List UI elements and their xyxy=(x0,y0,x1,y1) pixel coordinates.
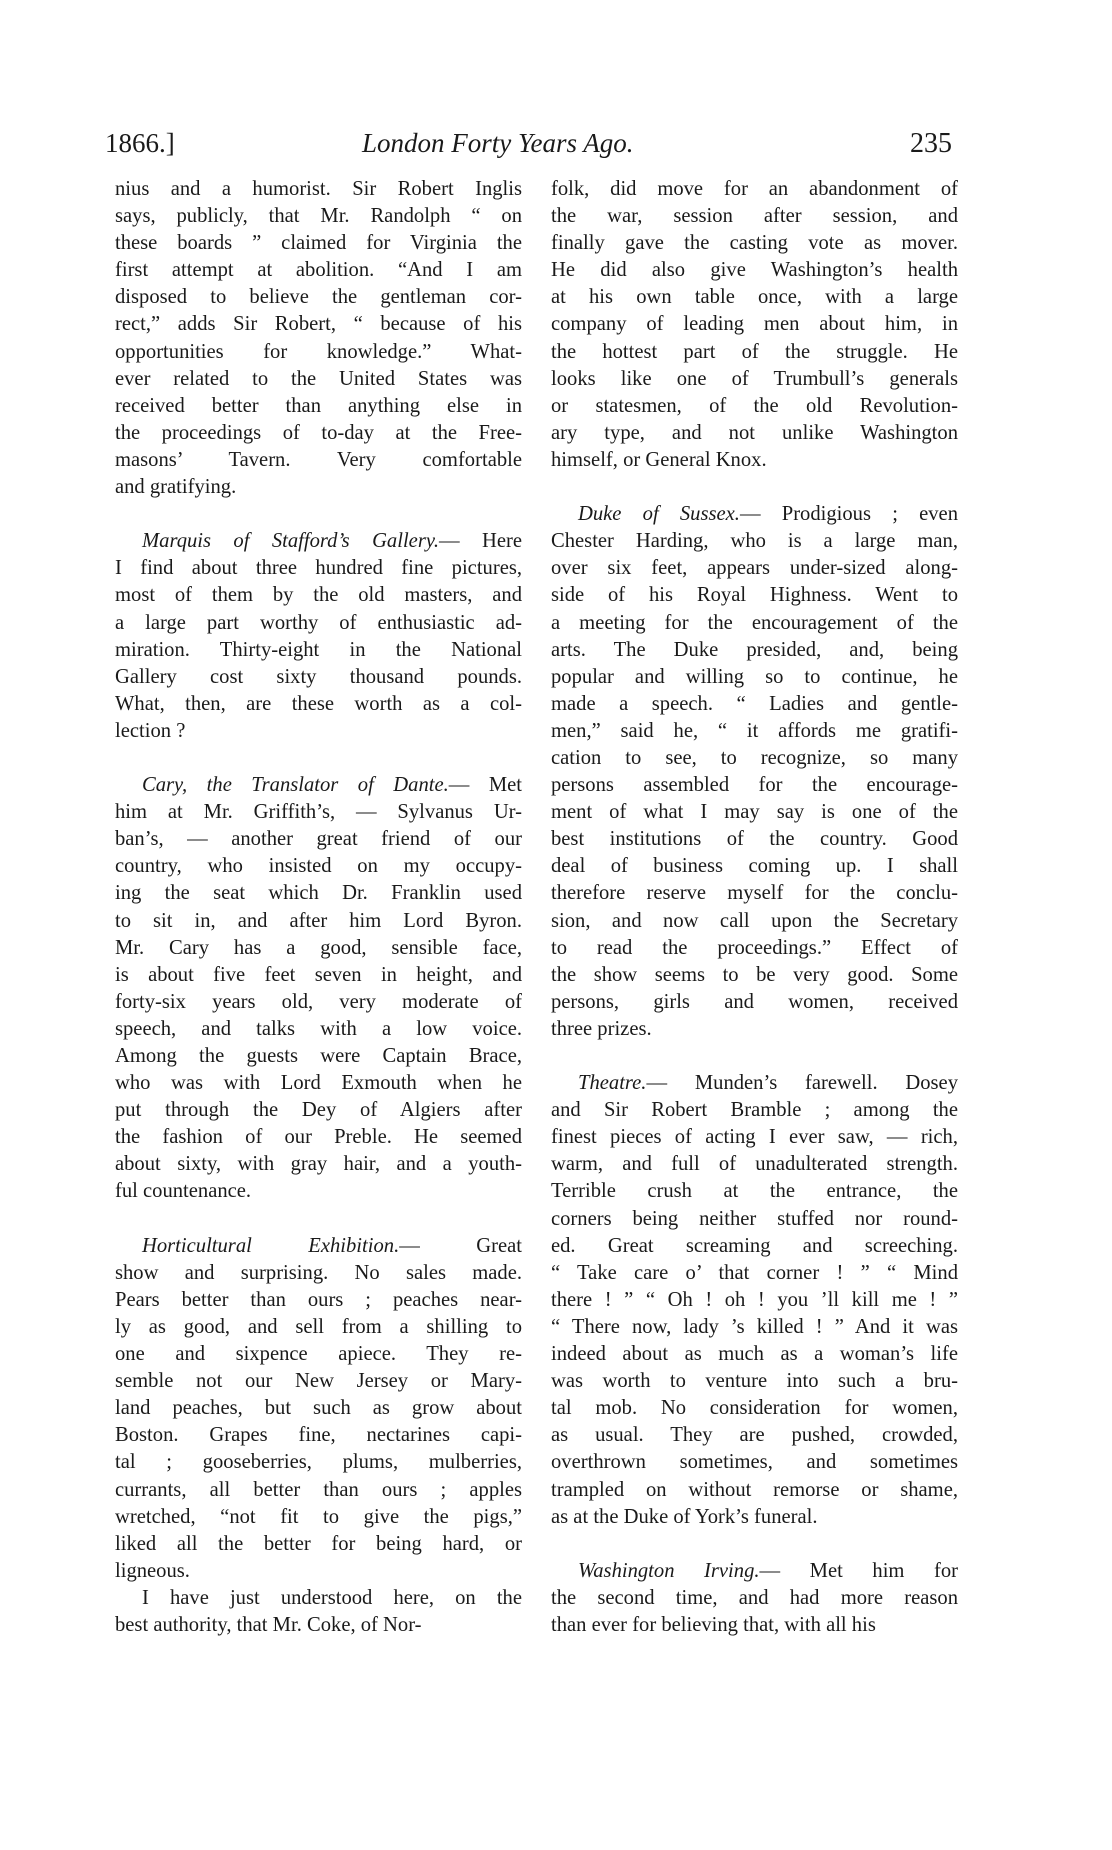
text-line: about sixty, with gray hair, and a youth… xyxy=(115,1151,522,1178)
text-line: there ! ” “ Oh ! oh ! you ’ll kill me ! … xyxy=(551,1287,958,1314)
entry-heading: Washington Irving. xyxy=(578,1560,760,1582)
text-line: ing the seat which Dr. Franklin used xyxy=(115,880,522,907)
text-line: miration. Thirty-eight in the National xyxy=(115,637,522,664)
text-line: lection ? xyxy=(115,718,522,745)
text-line: ligneous. xyxy=(115,1558,522,1585)
text-line: looks like one of Trumbull’s generals xyxy=(551,366,958,393)
text-line: I have just understood here, on the xyxy=(115,1585,522,1612)
text-line: rect,” adds Sir Robert, “ because of his xyxy=(115,311,522,338)
text-line: country, who insisted on my occupy- xyxy=(115,853,522,880)
line-text: — Met xyxy=(449,774,522,796)
text-line: Cary, the Translator of Dante.— Met xyxy=(115,772,522,799)
text-line: over six feet, appears under-sized along… xyxy=(551,555,958,582)
text-line: Theatre.— Munden’s farewell. Dosey xyxy=(551,1070,958,1097)
line-text: — Prodigious ; even xyxy=(740,503,958,525)
text-line: him at Mr. Griffith’s, — Sylvanus Ur- xyxy=(115,799,522,826)
text-line: received better than anything else in xyxy=(115,393,522,420)
text-line: tal ; gooseberries, plums, mulberries, xyxy=(115,1449,522,1476)
text-line: and Sir Robert Bramble ; among the xyxy=(551,1097,958,1124)
line-text: — Great xyxy=(399,1235,522,1257)
text-line: ly as good, and sell from a shilling to xyxy=(115,1314,522,1341)
text-line: Horticultural Exhibition.— Great xyxy=(115,1233,522,1260)
text-line: trampled on without remorse or shame, xyxy=(551,1477,958,1504)
text-line: to read the proceedings.” Effect of xyxy=(551,935,958,962)
text-line: currants, all better than ours ; apples xyxy=(115,1477,522,1504)
text-line: deal of business coming up. I shall xyxy=(551,853,958,880)
text-line: cation to see, to recognize, so many xyxy=(551,745,958,772)
text-line: than ever for believing that, with all h… xyxy=(551,1612,958,1639)
text-line: to sit in, and after him Lord Byron. xyxy=(115,908,522,935)
text-line: Gallery cost sixty thousand pounds. xyxy=(115,664,522,691)
entry-paragraph: Duke of Sussex.— Prodigious ; evenCheste… xyxy=(551,501,958,1043)
text-line: corners being neither stuffed nor round- xyxy=(551,1206,958,1233)
text-line: the second time, and had more reason xyxy=(551,1585,958,1612)
text-line: is about five feet seven in height, and xyxy=(115,962,522,989)
entry-paragraph: Marquis of Stafford’s Gallery.— HereI fi… xyxy=(115,528,522,745)
text-line: persons, girls and women, received xyxy=(551,989,958,1016)
line-text: — Met him for xyxy=(760,1560,958,1582)
entry-heading: Marquis of Stafford’s Gallery. xyxy=(142,530,439,552)
text-line: ary type, and not unlike Washington xyxy=(551,420,958,447)
text-line: masons’ Tavern. Very comfortable xyxy=(115,447,522,474)
text-line: at his own table once, with a large xyxy=(551,284,958,311)
text-line: best authority, that Mr. Coke, of Nor- xyxy=(115,1612,522,1639)
text-line: most of them by the old masters, and xyxy=(115,582,522,609)
text-line: Duke of Sussex.— Prodigious ; even xyxy=(551,501,958,528)
text-line: overthrown sometimes, and sometimes xyxy=(551,1449,958,1476)
text-line: finally gave the casting vote as mover. xyxy=(551,230,958,257)
text-line: I find about three hundred fine pictures… xyxy=(115,555,522,582)
text-line: as usual. They are pushed, crowded, xyxy=(551,1422,958,1449)
text-line: a meeting for the encouragement of the xyxy=(551,610,958,637)
text-line: land peaches, but such as grow about xyxy=(115,1395,522,1422)
running-head: 1866.] London Forty Years Ago. 235 xyxy=(105,128,958,162)
text-line: Terrible crush at the entrance, the xyxy=(551,1178,958,1205)
body-paragraph: folk, did move for an abandonment ofthe … xyxy=(551,176,958,474)
text-line: semble not our New Jersey or Mary- xyxy=(115,1368,522,1395)
text-line: first attempt at abolition. “And I am xyxy=(115,257,522,284)
text-line: men,” said he, “ it affords me gratifi- xyxy=(551,718,958,745)
text-line: forty-six years old, very moderate of xyxy=(115,989,522,1016)
text-line: What, then, are these worth as a col- xyxy=(115,691,522,718)
text-line: or statesmen, of the old Revolution- xyxy=(551,393,958,420)
text-line: was worth to venture into such a bru- xyxy=(551,1368,958,1395)
text-line: and gratifying. xyxy=(115,474,522,501)
column-right: folk, did move for an abandonment ofthe … xyxy=(551,176,958,1639)
text-line: ed. Great screaming and screeching. xyxy=(551,1233,958,1260)
text-line: Washington Irving.— Met him for xyxy=(551,1558,958,1585)
text-line: made a speech. “ Ladies and gentle- xyxy=(551,691,958,718)
entry-paragraph: Washington Irving.— Met him forthe secon… xyxy=(551,1558,958,1639)
entry-paragraph: Cary, the Translator of Dante.— Methim a… xyxy=(115,772,522,1206)
text-line: company of leading men about him, in xyxy=(551,311,958,338)
text-line: these boards ” claimed for Virginia the xyxy=(115,230,522,257)
text-line: as at the Duke of York’s funeral. xyxy=(551,1504,958,1531)
text-line: speech, and talks with a low voice. xyxy=(115,1016,522,1043)
running-head-title: London Forty Years Ago. xyxy=(362,128,634,159)
text-line: a large part worthy of enthusiastic ad- xyxy=(115,610,522,637)
text-line: Boston. Grapes fine, nectarines capi- xyxy=(115,1422,522,1449)
text-line: ever related to the United States was xyxy=(115,366,522,393)
text-line: nius and a humorist. Sir Robert Inglis xyxy=(115,176,522,203)
text-line: best institutions of the country. Good xyxy=(551,826,958,853)
text-line: wretched, “not fit to give the pigs,” xyxy=(115,1504,522,1531)
entry-heading: Horticultural Exhibition. xyxy=(142,1235,399,1257)
text-line: “ Take care o’ that corner ! ” “ Mind xyxy=(551,1260,958,1287)
text-line: finest pieces of acting I ever saw, — ri… xyxy=(551,1124,958,1151)
entry-paragraph: Horticultural Exhibition.— Greatshow and… xyxy=(115,1233,522,1585)
entry-paragraph: Theatre.— Munden’s farewell. Doseyand Si… xyxy=(551,1070,958,1531)
running-head-year: 1866.] xyxy=(105,128,175,159)
text-line: Marquis of Stafford’s Gallery.— Here xyxy=(115,528,522,555)
text-line: indeed about as much as a woman’s life xyxy=(551,1341,958,1368)
text-line: side of his Royal Highness. Went to xyxy=(551,582,958,609)
text-line: “ There now, lady ’s killed ! ” And it w… xyxy=(551,1314,958,1341)
text-line: the proceedings of to-day at the Free- xyxy=(115,420,522,447)
entry-heading: Duke of Sussex. xyxy=(578,503,740,525)
text-line: persons assembled for the encourage- xyxy=(551,772,958,799)
text-line: disposed to believe the gentleman cor- xyxy=(115,284,522,311)
entry-heading: Theatre. xyxy=(578,1072,646,1094)
text-line: warm, and full of unadulterated strength… xyxy=(551,1151,958,1178)
text-line: says, publicly, that Mr. Randolph “ on xyxy=(115,203,522,230)
body-paragraph: I have just understood here, on thebest … xyxy=(115,1585,522,1639)
text-line: Mr. Cary has a good, sensible face, xyxy=(115,935,522,962)
line-text: — Here xyxy=(439,530,522,552)
text-line: arts. The Duke presided, and, being xyxy=(551,637,958,664)
text-line: himself, or General Knox. xyxy=(551,447,958,474)
text-line: folk, did move for an abandonment of xyxy=(551,176,958,203)
text-line: Pears better than ours ; peaches near- xyxy=(115,1287,522,1314)
text-line: Among the guests were Captain Brace, xyxy=(115,1043,522,1070)
line-text: I have just understood here, on the xyxy=(142,1587,522,1609)
text-line: sion, and now call upon the Secretary xyxy=(551,908,958,935)
column-left: nius and a humorist. Sir Robert Inglissa… xyxy=(115,176,522,1639)
page-number: 235 xyxy=(910,128,952,160)
entry-heading: Cary, the Translator of Dante. xyxy=(142,774,449,796)
text-line: liked all the better for being hard, or xyxy=(115,1531,522,1558)
text-line: who was with Lord Exmouth when he xyxy=(115,1070,522,1097)
text-line: ment of what I may say is one of the xyxy=(551,799,958,826)
text-line: He did also give Washington’s health xyxy=(551,257,958,284)
text-line: put through the Dey of Algiers after xyxy=(115,1097,522,1124)
text-line: tal mob. No consideration for women, xyxy=(551,1395,958,1422)
text-line: therefore reserve myself for the conclu- xyxy=(551,880,958,907)
text-line: ban’s, — another great friend of our xyxy=(115,826,522,853)
text-line: the war, session after session, and xyxy=(551,203,958,230)
text-line: popular and willing so to continue, he xyxy=(551,664,958,691)
text-line: opportunities for knowledge.” What- xyxy=(115,339,522,366)
body-paragraph: nius and a humorist. Sir Robert Inglissa… xyxy=(115,176,522,501)
text-line: the show seems to be very good. Some xyxy=(551,962,958,989)
line-text: — Munden’s farewell. Dosey xyxy=(646,1072,958,1094)
text-line: Chester Harding, who is a large man, xyxy=(551,528,958,555)
text-line: show and surprising. No sales made. xyxy=(115,1260,522,1287)
text-line: one and sixpence apiece. They re- xyxy=(115,1341,522,1368)
text-line: the hottest part of the struggle. He xyxy=(551,339,958,366)
text-line: the fashion of our Preble. He seemed xyxy=(115,1124,522,1151)
text-line: three prizes. xyxy=(551,1016,958,1043)
text-line: ful countenance. xyxy=(115,1178,522,1205)
